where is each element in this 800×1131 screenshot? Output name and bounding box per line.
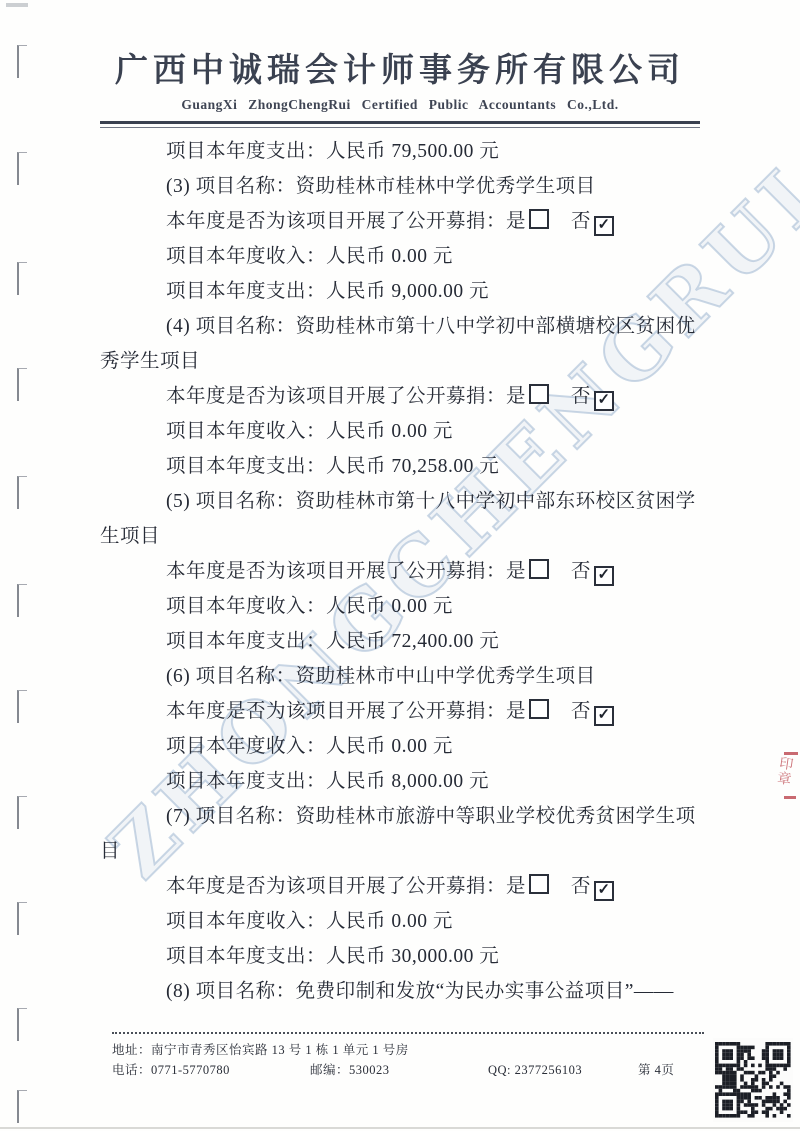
check-icon: ✓ (598, 707, 611, 723)
phone-label: 电话： (112, 1063, 151, 1077)
checkbox-no-label: 否 (571, 876, 591, 897)
document-line: 项目本年度支出：人民币 9,000.00 元 (100, 274, 708, 309)
public-fundraising-checkboxes: 是否✓ (506, 379, 614, 414)
scanned-document-page: ZHONGCHENGRUI 广西中诚瑞会计师事务所有限公司 GuangXi Zh… (0, 0, 800, 1131)
postal-code: 邮编：530023 (310, 1060, 390, 1080)
binding-mark (17, 796, 27, 829)
address-label: 地址： (112, 1043, 151, 1057)
binding-mark (17, 476, 27, 509)
line-text: 项目本年度收入：人民币 0.00 元 (166, 736, 453, 757)
postal-value: 530023 (349, 1063, 390, 1077)
document-line: 本年度是否为该项目开展了公开募捐：是否✓ (100, 694, 708, 729)
line-text: 项目本年度收入：人民币 0.00 元 (166, 911, 453, 932)
line-text: (8) 项目名称：免费印制和发放“为民办实事公益项目”—— (166, 981, 674, 1002)
binding-mark (17, 690, 27, 723)
document-line: (7) 项目名称：资助桂林市旅游中等职业学校优秀贫困学生项 (100, 799, 708, 834)
line-text: 项目本年度支出：人民币 30,000.00 元 (166, 946, 499, 967)
document-line: (3) 项目名称：资助桂林市桂林中学优秀学生项目 (100, 169, 708, 204)
checkbox-no-label: 否 (571, 701, 591, 722)
checkbox-yes-unchecked[interactable] (529, 209, 549, 229)
document-line: 项目本年度收入：人民币 0.00 元 (100, 239, 708, 274)
checkbox-no-checked[interactable]: ✓ (594, 706, 614, 726)
line-text: 本年度是否为该项目开展了公开募捐： (166, 561, 506, 582)
line-text: 项目本年度支出：人民币 79,500.00 元 (166, 141, 499, 162)
document-line: 项目本年度支出：人民币 72,400.00 元 (100, 624, 708, 659)
red-seal-dash (784, 796, 796, 799)
company-name-chinese: 广西中诚瑞会计师事务所有限公司 (100, 44, 700, 91)
binding-mark (17, 1090, 27, 1123)
footer-contact-row: 电话：0771-5770780 邮编：530023 QQ: 2377256103… (112, 1060, 704, 1080)
line-text: (6) 项目名称：资助桂林市中山中学优秀学生项目 (166, 666, 596, 687)
qq-number: QQ: 2377256103 (488, 1060, 582, 1080)
line-text: 项目本年度收入：人民币 0.00 元 (166, 246, 453, 267)
checkbox-no-label: 否 (571, 211, 591, 232)
red-seal-fragment: 印章 (770, 748, 800, 808)
checkbox-yes-unchecked[interactable] (529, 559, 549, 579)
line-text: (4) 项目名称：资助桂林市第十八中学初中部横塘校区贫困优 (166, 316, 696, 337)
line-text: 本年度是否为该项目开展了公开募捐： (166, 876, 506, 897)
public-fundraising-checkboxes: 是否✓ (506, 204, 614, 239)
checkbox-yes-label: 是 (506, 211, 526, 232)
company-name-english: GuangXi ZhongChengRui Certified Public A… (100, 97, 700, 113)
public-fundraising-checkboxes: 是否✓ (506, 694, 614, 729)
line-text: 本年度是否为该项目开展了公开募捐： (166, 211, 506, 232)
document-line: 目 (100, 834, 708, 869)
line-text: (5) 项目名称：资助桂林市第十八中学初中部东环校区贫困学 (166, 491, 696, 512)
line-text: 生项目 (100, 526, 160, 547)
checkbox-no-checked[interactable]: ✓ (594, 391, 614, 411)
binding-mark (17, 368, 27, 401)
line-text: 本年度是否为该项目开展了公开募捐： (166, 701, 506, 722)
document-line: 项目本年度支出：人民币 70,258.00 元 (100, 449, 708, 484)
red-seal-dash (784, 752, 798, 755)
document-line: (6) 项目名称：资助桂林市中山中学优秀学生项目 (100, 659, 708, 694)
address-value: 南宁市青秀区怡宾路 13 号 1 栋 1 单元 1 号房 (151, 1043, 409, 1057)
checkbox-no-label: 否 (571, 561, 591, 582)
line-text: 项目本年度收入：人民币 0.00 元 (166, 596, 453, 617)
phone: 电话：0771-5770780 (112, 1060, 230, 1080)
page-number: 第 4页 (638, 1060, 674, 1080)
document-line: 项目本年度支出：人民币 79,500.00 元 (100, 134, 708, 169)
scan-speck (6, 3, 28, 7)
line-text: (7) 项目名称：资助桂林市旅游中等职业学校优秀贫困学生项 (166, 806, 696, 827)
public-fundraising-checkboxes: 是否✓ (506, 554, 614, 589)
checkbox-no-checked[interactable]: ✓ (594, 566, 614, 586)
binding-mark (17, 152, 27, 185)
document-line: (5) 项目名称：资助桂林市第十八中学初中部东环校区贫困学 (100, 484, 708, 519)
line-text: (3) 项目名称：资助桂林市桂林中学优秀学生项目 (166, 176, 596, 197)
binding-mark (17, 1008, 27, 1041)
document-line: 项目本年度收入：人民币 0.00 元 (100, 414, 708, 449)
phone-value: 0771-5770780 (151, 1063, 230, 1077)
document-line: 秀学生项目 (100, 344, 708, 379)
document-line: 生项目 (100, 519, 708, 554)
footer: 地址：南宁市青秀区怡宾路 13 号 1 栋 1 单元 1 号房 电话：0771-… (112, 1040, 704, 1080)
checkbox-yes-label: 是 (506, 876, 526, 897)
binding-mark (17, 262, 27, 295)
public-fundraising-checkboxes: 是否✓ (506, 869, 614, 904)
check-icon: ✓ (598, 882, 611, 898)
document-line: 本年度是否为该项目开展了公开募捐：是否✓ (100, 869, 708, 904)
line-text: 目 (100, 841, 120, 862)
binding-mark (17, 45, 27, 78)
checkbox-yes-unchecked[interactable] (529, 699, 549, 719)
line-text: 本年度是否为该项目开展了公开募捐： (166, 386, 506, 407)
qr-code (713, 1038, 793, 1122)
line-text: 项目本年度支出：人民币 8,000.00 元 (166, 771, 489, 792)
check-icon: ✓ (598, 217, 611, 233)
document-line: 项目本年度收入：人民币 0.00 元 (100, 729, 708, 764)
checkbox-yes-label: 是 (506, 561, 526, 582)
binding-mark (17, 902, 27, 935)
document-line: 项目本年度收入：人民币 0.00 元 (100, 904, 708, 939)
checkbox-no-checked[interactable]: ✓ (594, 881, 614, 901)
document-lines: 项目本年度支出：人民币 79,500.00 元(3) 项目名称：资助桂林市桂林中… (100, 134, 708, 1009)
footer-divider (112, 1032, 704, 1034)
document-line: 本年度是否为该项目开展了公开募捐：是否✓ (100, 204, 708, 239)
line-text: 项目本年度支出：人民币 70,258.00 元 (166, 456, 499, 477)
letterhead: 广西中诚瑞会计师事务所有限公司 GuangXi ZhongChengRui Ce… (100, 44, 700, 113)
document-line: 项目本年度收入：人民币 0.00 元 (100, 589, 708, 624)
document-line: 本年度是否为该项目开展了公开募捐：是否✓ (100, 554, 708, 589)
scan-bottom-edge (0, 1127, 800, 1129)
binding-mark (17, 584, 27, 617)
checkbox-yes-unchecked[interactable] (529, 384, 549, 404)
checkbox-no-checked[interactable]: ✓ (594, 216, 614, 236)
checkbox-yes-label: 是 (506, 386, 526, 407)
document-line: 本年度是否为该项目开展了公开募捐：是否✓ (100, 379, 708, 414)
checkbox-no-label: 否 (571, 386, 591, 407)
footer-address-row: 地址：南宁市青秀区怡宾路 13 号 1 栋 1 单元 1 号房 (112, 1040, 704, 1060)
check-icon: ✓ (598, 567, 611, 583)
line-text: 项目本年度收入：人民币 0.00 元 (166, 421, 453, 442)
document-line: (8) 项目名称：免费印制和发放“为民办实事公益项目”—— (100, 974, 708, 1009)
line-text: 项目本年度支出：人民币 72,400.00 元 (166, 631, 499, 652)
postal-label: 邮编： (310, 1063, 349, 1077)
checkbox-yes-unchecked[interactable] (529, 874, 549, 894)
document-line: (4) 项目名称：资助桂林市第十八中学初中部横塘校区贫困优 (100, 309, 708, 344)
line-text: 项目本年度支出：人民币 9,000.00 元 (166, 281, 489, 302)
document-line: 项目本年度支出：人民币 8,000.00 元 (100, 764, 708, 799)
checkbox-yes-label: 是 (506, 701, 526, 722)
red-seal-text-fragment: 印章 (776, 757, 800, 792)
letterhead-divider (100, 121, 700, 128)
document-line: 项目本年度支出：人民币 30,000.00 元 (100, 939, 708, 974)
line-text: 秀学生项目 (100, 351, 200, 372)
check-icon: ✓ (598, 392, 611, 408)
